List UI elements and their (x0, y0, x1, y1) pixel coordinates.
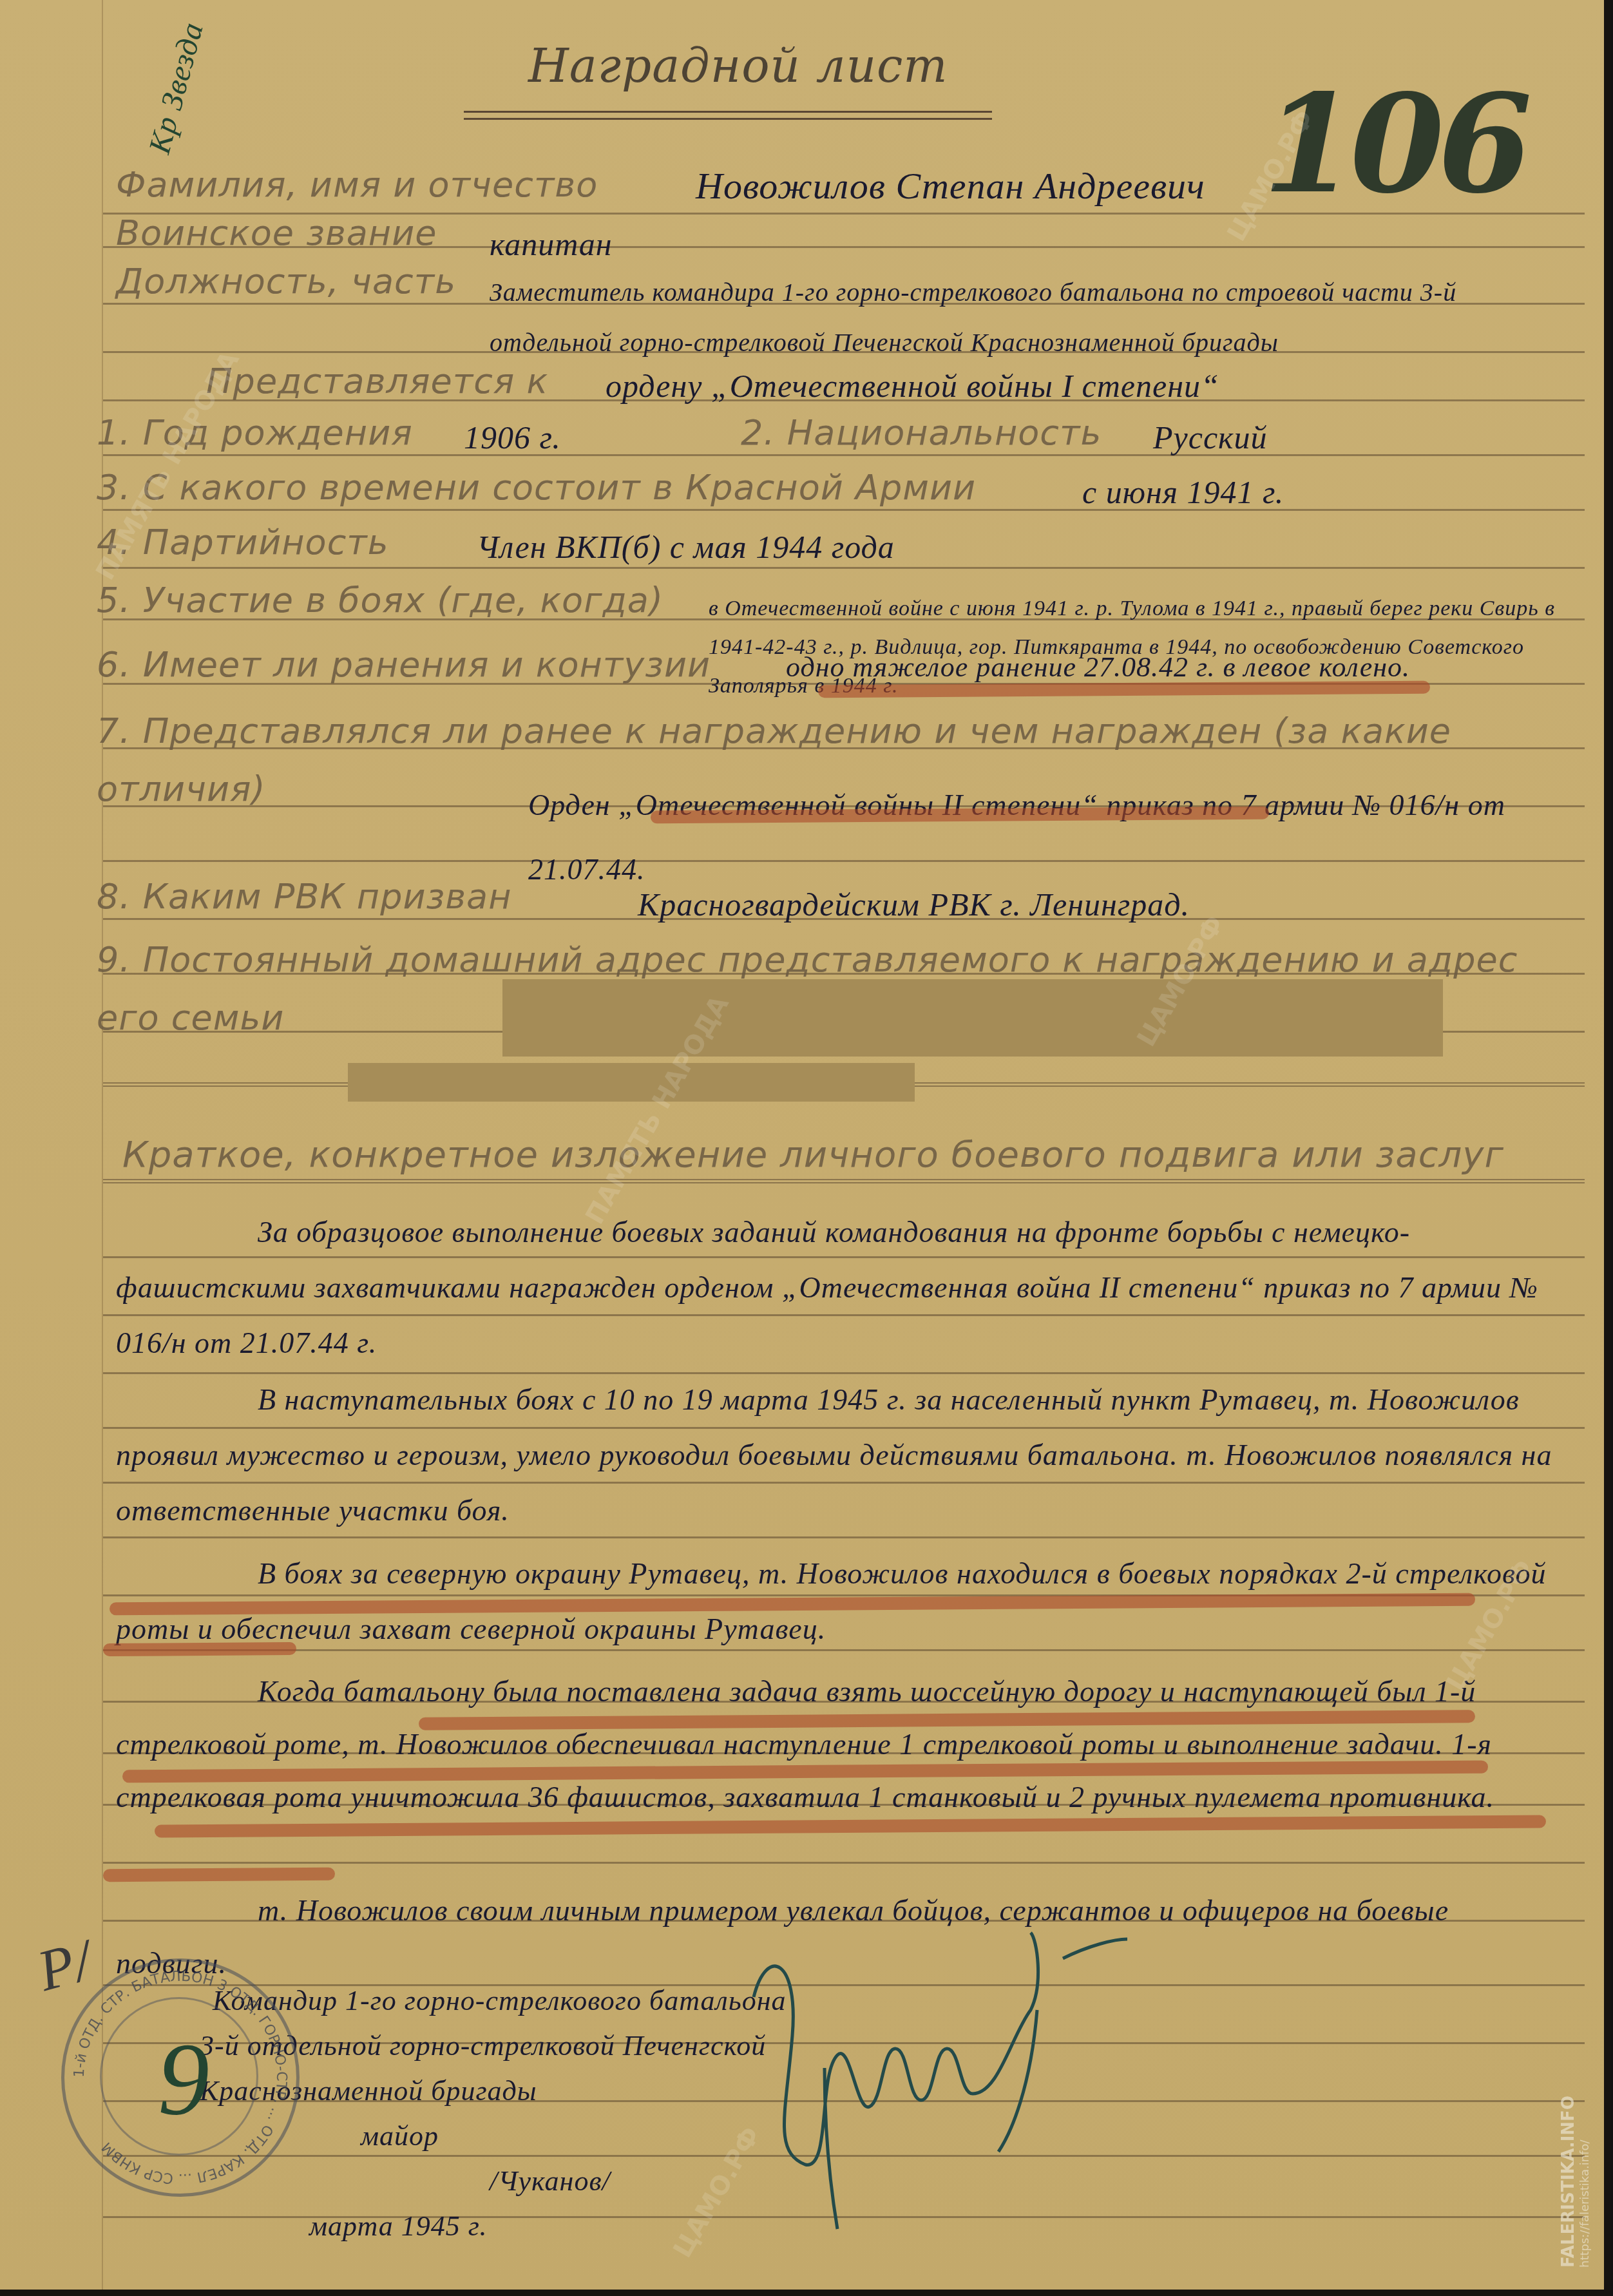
field-value: Член ВКП(б) с мая 1944 года (477, 528, 895, 566)
field-label: 2. Национальность (741, 412, 1102, 453)
credit-url: https://faleristika.info/ (1578, 2096, 1592, 2268)
narrative-paragraph: Когда батальону была поставлена задача в… (116, 1665, 1559, 1824)
signer-name: /Чуканов/ (490, 2165, 611, 2197)
field-label: Представляется к (206, 361, 548, 401)
narrative-heading: Краткое, конкретное изложение личного бо… (122, 1134, 1504, 1176)
award-sheet-page: Наградной лист 106 Кр Звезда Фамилия, им… (0, 0, 1610, 2296)
field-label: 6. Имеет ли ранения и контузии (97, 644, 711, 685)
margin-note-star: Кр Звезда (142, 19, 211, 158)
margin-mark: Р/ (31, 1927, 99, 2005)
field-value: Новожилов Степан Андреевич (696, 164, 1205, 207)
red-pencil-underline (103, 1868, 335, 1882)
rule (103, 567, 1585, 569)
redaction-box (502, 979, 1443, 1057)
credit-brand: FALERISTIKA.INFO (1559, 2096, 1578, 2268)
official-stamp: 1-й ОТД. СТР. БАТАЛЬОН 3 ОТД. ГОРНО-СТР.… (61, 1958, 300, 2197)
field-value: Красногвардейским РВК г. Ленинград. (638, 886, 1190, 923)
narrative-paragraph: За образцовое выполнение боевых заданий … (116, 1205, 1559, 1371)
signer-rank: майор (361, 2119, 439, 2152)
field-value: 1906 г. (464, 419, 561, 456)
field-label: Должность, часть (116, 261, 456, 301)
field-value: с июня 1941 г. (1082, 474, 1284, 511)
field-label: 3. С какого времени состоит в Красной Ар… (97, 467, 976, 508)
rule (103, 1179, 1585, 1183)
field-label: 5. Участие в боях (где, когда) (97, 580, 663, 620)
field-label: Воинское звание (116, 213, 437, 253)
title-underline (464, 111, 992, 120)
document-title: Наградной лист (528, 39, 948, 93)
field-label: Фамилия, имя и отчество (116, 164, 598, 205)
field-value: Орден „Отечественной войны II степени“ п… (528, 773, 1559, 902)
field-label: 1. Год рождения (97, 412, 413, 453)
margin-line (102, 0, 103, 2290)
field-value: Заместитель командира 1-го горно-стрелко… (490, 267, 1585, 368)
field-value: капитан (490, 225, 613, 263)
red-pencil-underline (103, 1642, 296, 1656)
signature-date: марта 1945 г. (309, 2210, 487, 2243)
handwritten-signature (728, 1920, 1127, 2255)
rule (103, 454, 1585, 456)
field-value: ордену „Отечественной войны I степени“ (606, 367, 1219, 405)
field-value: одно тяжелое ранение 27.08.42 г. в левое… (786, 651, 1410, 684)
field-label: 8. Каким РВК призван (97, 876, 511, 917)
faleristika-credit: FALERISTIKA.INFO https://faleristika.inf… (1559, 2096, 1592, 2268)
redaction-box (348, 1063, 915, 1102)
rule (103, 509, 1585, 511)
field-value: Русский (1153, 419, 1268, 456)
rule (103, 1862, 1585, 1864)
stamp-overmark: 9 (158, 2020, 210, 2139)
narrative-paragraph: В наступательных боях с 10 по 19 марта 1… (116, 1372, 1559, 1538)
signer-position-line1: Командир 1-го горно-стрелкового батальон… (213, 1984, 787, 2017)
